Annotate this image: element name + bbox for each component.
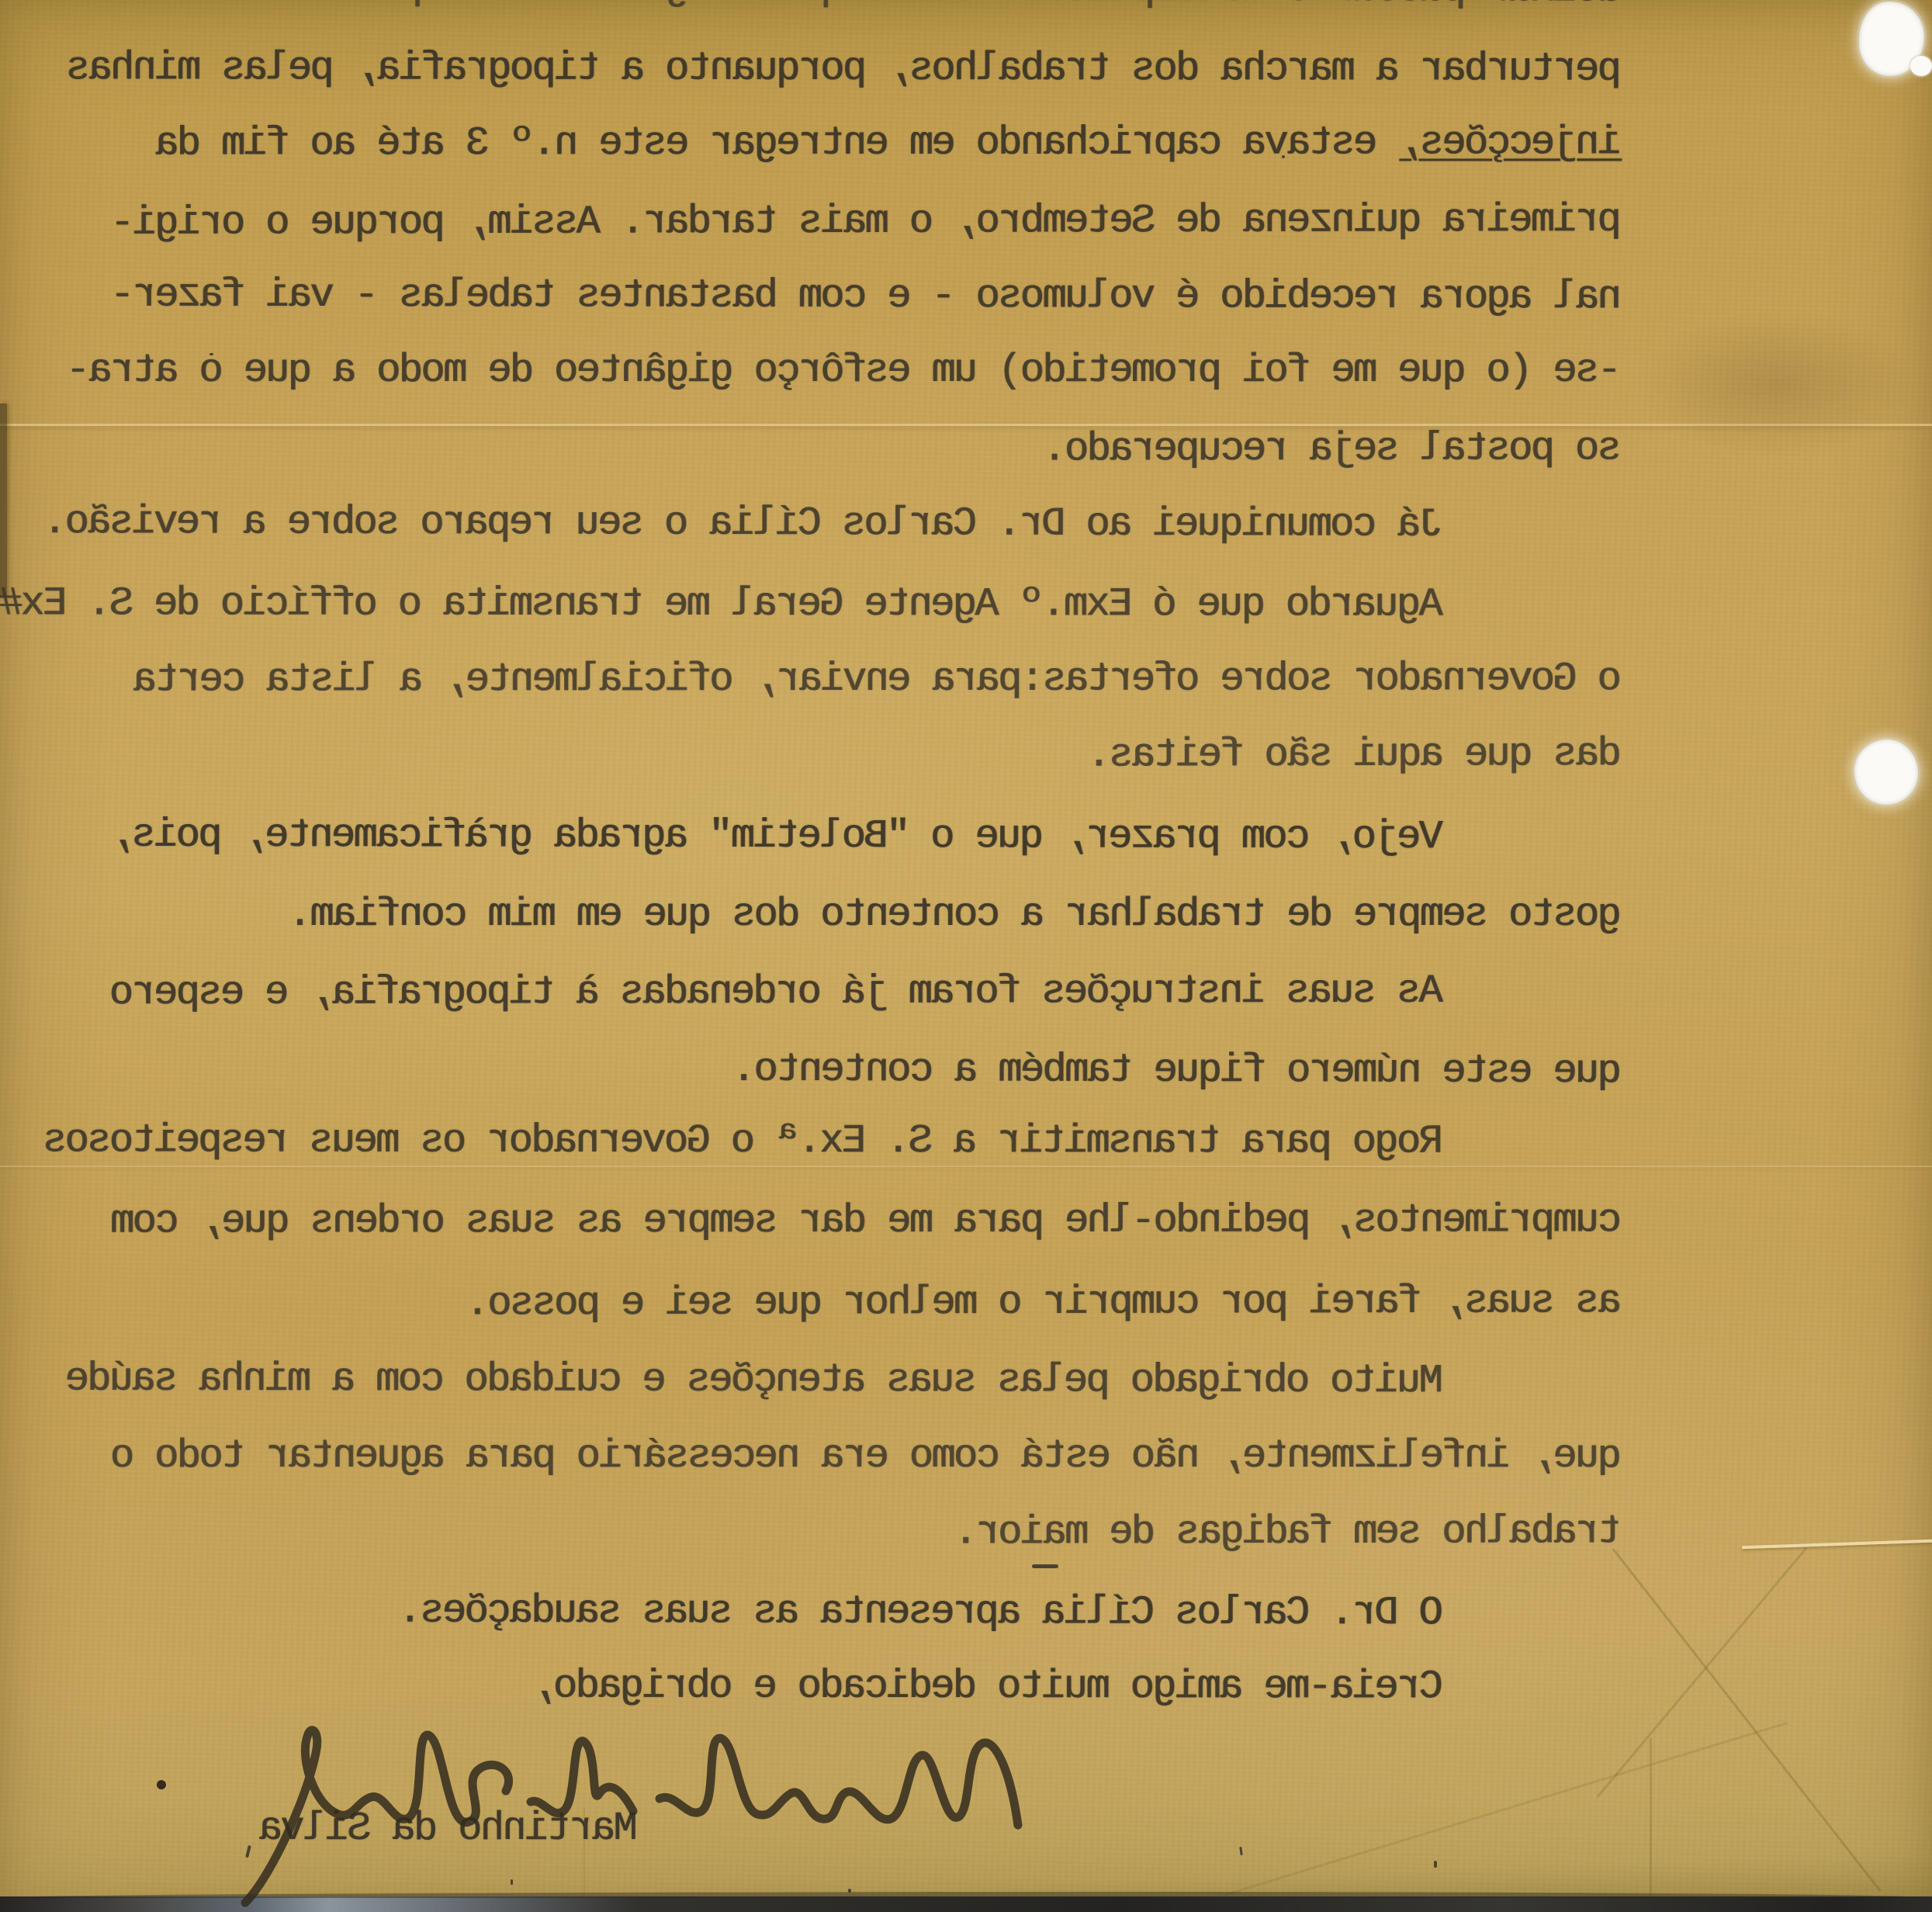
typewritten-line: Creia-me amigo muito dedicado e obrigado… bbox=[533, 1664, 1443, 1710]
typewritten-line: perturbar a marcha dos trabalhos, porqua… bbox=[68, 45, 1622, 92]
fold-crease-horizontal bbox=[0, 1166, 1932, 1167]
typewritten-line: Aguardo que ó Exm.º Agente Geral me tran… bbox=[1, 580, 1443, 627]
ink-speck bbox=[1239, 1847, 1243, 1855]
handwritten-signature bbox=[0, 0, 1932, 1912]
fold-crease-diagonal bbox=[1597, 1547, 1808, 1798]
typewritten-line: que este número fique também a contento. bbox=[734, 1047, 1622, 1094]
typewritten-line: trabalho sem fadigas de maior. bbox=[956, 1508, 1622, 1555]
punch-hole-top-notch bbox=[1910, 56, 1932, 76]
scanned-letter-page: deixar passar o multiplicar. Com o que d… bbox=[0, 0, 1932, 1912]
typewritten-line: das que aqui são feitas. bbox=[1089, 731, 1622, 778]
typewritten-line: cumprimentos, pedindo-lhe para me dar se… bbox=[113, 1197, 1622, 1244]
punch-hole-middle bbox=[1851, 736, 1923, 809]
ink-speck bbox=[1434, 1861, 1437, 1868]
paper-fiber-texture bbox=[0, 0, 1932, 1912]
fold-crease-vertical bbox=[1650, 1738, 1652, 1912]
typewritten-line: gosto sempre de trabalhar a contento dos… bbox=[290, 892, 1622, 937]
typed-signature-name: Martinho da Silva bbox=[261, 1806, 638, 1851]
line-text: estava caprichando em entregar este n.º … bbox=[157, 120, 1400, 167]
scan-dark-edge bbox=[0, 1896, 1932, 1912]
typewritten-line: primeira quinzena de Setembro, o mais ta… bbox=[113, 197, 1622, 246]
ink-speck bbox=[511, 1879, 513, 1885]
ink-speck bbox=[1282, 155, 1285, 158]
typewritten-line: O Dr. Carlos Cília apresenta as suas sau… bbox=[400, 1588, 1443, 1637]
typewritten-line: injecções, estava caprichando em entrega… bbox=[157, 119, 1622, 166]
underlined-word: injecções, bbox=[1400, 119, 1622, 165]
typewritten-line: as suas, farei por cumprir o melhor que … bbox=[467, 1278, 1622, 1326]
typewritten-line: so postal seja recuperado. bbox=[1044, 425, 1622, 472]
typewritten-line: o Governador sobre ofertas:para enviar, … bbox=[134, 656, 1622, 702]
scan-vignette bbox=[0, 0, 1932, 1912]
typewritten-line: Muito obrigado pelas suas atenções e cui… bbox=[67, 1356, 1443, 1404]
typewritten-line: Vejo, com prazer, que o "Boletim" agrada… bbox=[112, 812, 1443, 860]
typewritten-line: Já comuniquei ao Dr. Carlos Cília o seu … bbox=[45, 499, 1443, 548]
paper-edge-shadow bbox=[0, 404, 7, 597]
typewritten-line: Rogo para transmitir a S. Ex.ª o Governa… bbox=[45, 1117, 1443, 1164]
punch-hole-top bbox=[1859, 2, 1924, 76]
typewritten-line: deixar passar o multiplicar. Com o que d… bbox=[379, 0, 1622, 13]
typewritten-line: As suas instruções foram já ordenadas à … bbox=[112, 968, 1443, 1016]
typewritten-line: -se (o que me foi prometido) um esfôrço … bbox=[68, 348, 1622, 393]
fold-crease-diagonal bbox=[1612, 1548, 1882, 1892]
fold-crease-horizontal bbox=[0, 424, 1932, 426]
paper-stain bbox=[1637, 310, 1916, 458]
ink-speck bbox=[209, 353, 213, 355]
fold-crease-diagonal bbox=[1223, 1722, 1788, 1896]
paper-fiber-texture bbox=[0, 0, 1932, 1912]
fold-crease-jagged bbox=[1742, 1540, 1932, 1550]
typewritten-line: que, infelizmente, não está como era nec… bbox=[113, 1433, 1622, 1479]
typewritten-line: nal agora recebido é volumoso - e com ba… bbox=[113, 272, 1622, 320]
mirrored-text-layer: deixar passar o multiplicar. Com o que d… bbox=[0, 0, 1932, 1912]
ink-dash-mark bbox=[1032, 1564, 1058, 1568]
ink-speck bbox=[245, 1845, 251, 1858]
